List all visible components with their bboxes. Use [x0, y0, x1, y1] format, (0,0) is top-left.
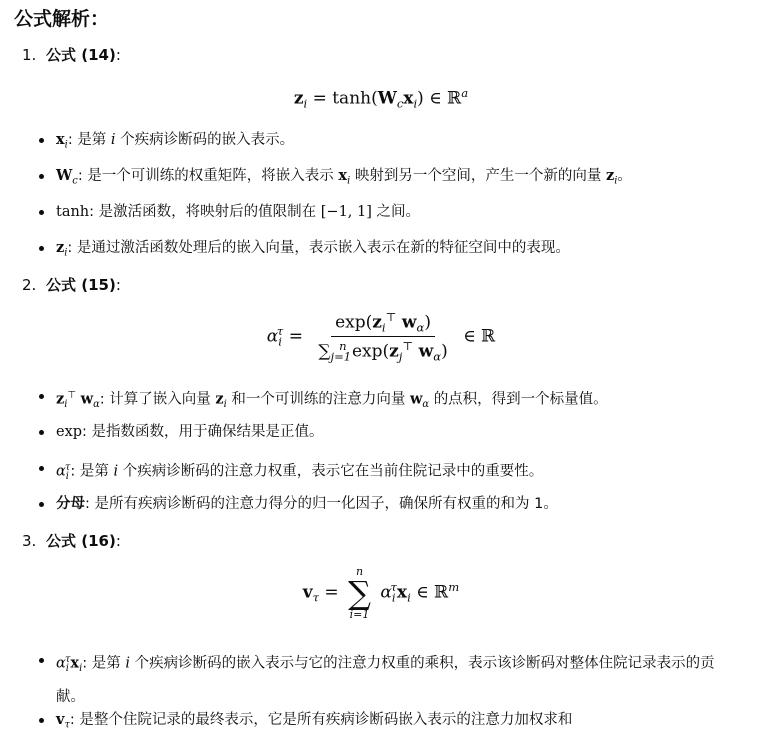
bullet-alpha: αiτ: 是第 i 个疾病诊断码的注意力权重，表示它在当前住院记录中的重要性。 [56, 454, 736, 491]
list-number: 3. [22, 532, 46, 550]
list-number: 2. [22, 276, 46, 294]
list-item-formula-15: 2.公式 (15): [22, 274, 121, 295]
colon: : [116, 276, 121, 294]
bullet-denominator: 分母: 是所有疾病诊断码的注意力得分的归一化因子，确保所有权重的和为 1。 [56, 490, 736, 518]
formula-title: 公式 (16) [46, 532, 116, 550]
bullet-v-tau: vτ: 是整个住院记录的最终表示，它是所有疾病诊断码嵌入表示的注意力加权求和 [56, 706, 736, 739]
colon: : [116, 532, 121, 550]
formula-14: zi = tanh(Wcxi) ∈ ℝa [0, 86, 762, 110]
bullet-xi: xi: 是第 i 个疾病诊断码的嵌入表示。 [56, 126, 736, 159]
bullet-zi: zi: 是通过激活函数处理后的嵌入向量，表示嵌入表示在新的特征空间中的表现。 [56, 234, 736, 267]
bullet-wc: Wc: 是一个可训练的权重矩阵，将嵌入表示 xi 映射到另一个空间，产生一个新的… [56, 162, 736, 195]
colon: : [116, 46, 121, 64]
formula-15: αiτ = exp(zi⊤ wα) ∑j=1n exp(zj⊤ wα) ∈ ℝ [0, 310, 762, 364]
list-item-formula-16: 3.公式 (16): [22, 530, 121, 551]
bullet-alpha-x: αiτxi: 是第 i 个疾病诊断码的嵌入表示与它的注意力权重的乘积，表示该诊断… [56, 646, 736, 711]
bullet-ztw: zi⊤ wα: 计算了嵌入向量 zi 和一个可训练的注意力向量 wα 的点积，得… [56, 382, 736, 419]
formula-16: vτ = n∑i=1 αiτxi ∈ ℝm [0, 566, 762, 620]
bullet-exp: exp: 是指数函数，用于确保结果是正值。 [56, 418, 736, 446]
list-number: 1. [22, 46, 46, 64]
section-heading: 公式解析： [14, 4, 109, 31]
formula-title: 公式 (15) [46, 276, 116, 294]
list-item-formula-14: 1.公式 (14): [22, 44, 121, 65]
bullet-tanh: tanh: 是激活函数，将映射后的值限制在 [−1, 1] 之间。 [56, 198, 736, 226]
formula-title: 公式 (14) [46, 46, 116, 64]
